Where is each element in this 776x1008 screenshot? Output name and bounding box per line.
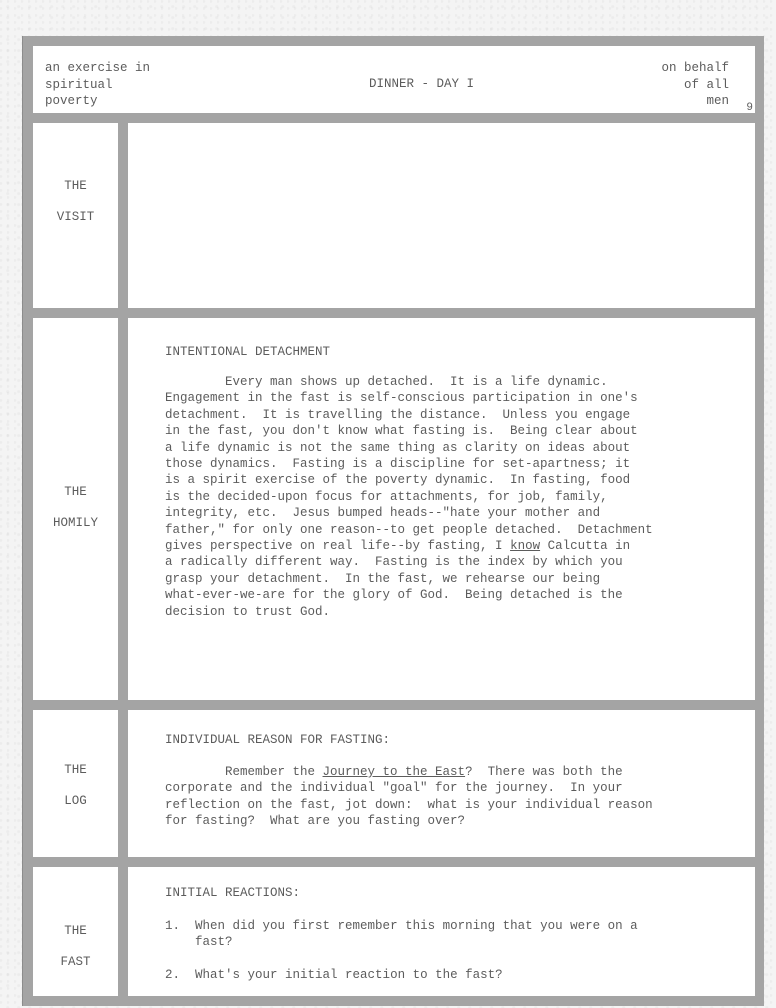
question-item-1: 1. When did you first remember this morn… [165, 918, 638, 951]
underlined-word: know [510, 539, 540, 553]
section-heading-log: INDIVIDUAL REASON FOR FASTING: [165, 732, 390, 748]
header-left-line-3: poverty [45, 94, 98, 108]
body-line: father," for only one reason--to get peo… [165, 523, 653, 537]
item-text: What's your initial reaction to the fast… [195, 968, 503, 982]
body-line: grasp your detachment. In the fast, we r… [165, 572, 600, 586]
header-right-text: on behalf of all men [661, 60, 729, 110]
body-line: a life dynamic is not the same thing as … [165, 441, 630, 455]
body-line: Engagement in the fast is self-conscious… [165, 391, 638, 405]
section-content-visit [128, 123, 755, 308]
section-label-homily: THE HOMILY [33, 318, 118, 700]
header-right-line-2: of all [684, 78, 729, 92]
item-number: 2. [165, 968, 180, 982]
header-right-line-1: on behalf [661, 61, 729, 75]
body-line: a radically different way. Fasting is th… [165, 555, 623, 569]
body-line-part: gives perspective on real life--by fasti… [165, 539, 510, 553]
worksheet-frame: an exercise in spiritual poverty DINNER … [22, 36, 764, 1006]
page-number: 9 [746, 102, 753, 114]
item-number: 1. [165, 919, 180, 933]
body-line: is the decided-upon focus for attachment… [165, 490, 608, 504]
section-heading-homily: INTENTIONAL DETACHMENT [165, 344, 330, 360]
header-right-line-3: men [706, 94, 729, 108]
section-label-log: THE LOG [33, 710, 118, 857]
body-line-part: Calcutta in [540, 539, 630, 553]
section-content-homily: INTENTIONAL DETACHMENT Every man shows u… [128, 318, 755, 700]
body-line: those dynamics. Fasting is a discipline … [165, 457, 630, 471]
page-title: DINNER - DAY I [33, 76, 755, 92]
body-line: Every man shows up detached. It is a lif… [165, 375, 608, 389]
header-band: an exercise in spiritual poverty DINNER … [33, 46, 755, 113]
log-body: Remember the Journey to the East? There … [165, 764, 705, 830]
section-label-fast: THE FAST [33, 867, 118, 996]
body-line: detachment. It is travelling the distanc… [165, 408, 630, 422]
label-visit: VISIT [33, 209, 118, 225]
underlined-book-title: Journey to the East [323, 765, 466, 779]
body-line-part: Remember the [165, 765, 323, 779]
body-line: decision to trust God. [165, 605, 330, 619]
question-item-2: 2. What's your initial reaction to the f… [165, 967, 503, 983]
label-the: THE [33, 178, 118, 194]
homily-body: Every man shows up detached. It is a lif… [165, 374, 705, 620]
label-the: THE [33, 762, 118, 778]
body-line: is a spirit exercise of the poverty dyna… [165, 473, 630, 487]
label-log: LOG [33, 793, 118, 809]
label-the: THE [33, 923, 118, 939]
body-line: what-ever-we-are for the glory of God. B… [165, 588, 623, 602]
body-line: integrity, etc. Jesus bumped heads--"hat… [165, 506, 600, 520]
body-line: in the fast, you don't know what fasting… [165, 424, 638, 438]
label-homily: HOMILY [33, 515, 118, 531]
section-content-fast: INITIAL REACTIONS: 1. When did you first… [128, 867, 755, 996]
label-fast: FAST [33, 954, 118, 970]
header-left-line-1: an exercise in [45, 61, 150, 75]
body-line: corporate and the individual "goal" for … [165, 781, 623, 795]
body-line-part: ? There was both the [465, 765, 623, 779]
body-line: for fasting? What are you fasting over? [165, 814, 465, 828]
item-text: When did you first remember this morning… [165, 919, 638, 949]
section-heading-fast: INITIAL REACTIONS: [165, 885, 300, 901]
body-line: reflection on the fast, jot down: what i… [165, 798, 653, 812]
section-label-visit: THE VISIT [33, 123, 118, 308]
label-the: THE [33, 484, 118, 500]
section-content-log: INDIVIDUAL REASON FOR FASTING: Remember … [128, 710, 755, 857]
